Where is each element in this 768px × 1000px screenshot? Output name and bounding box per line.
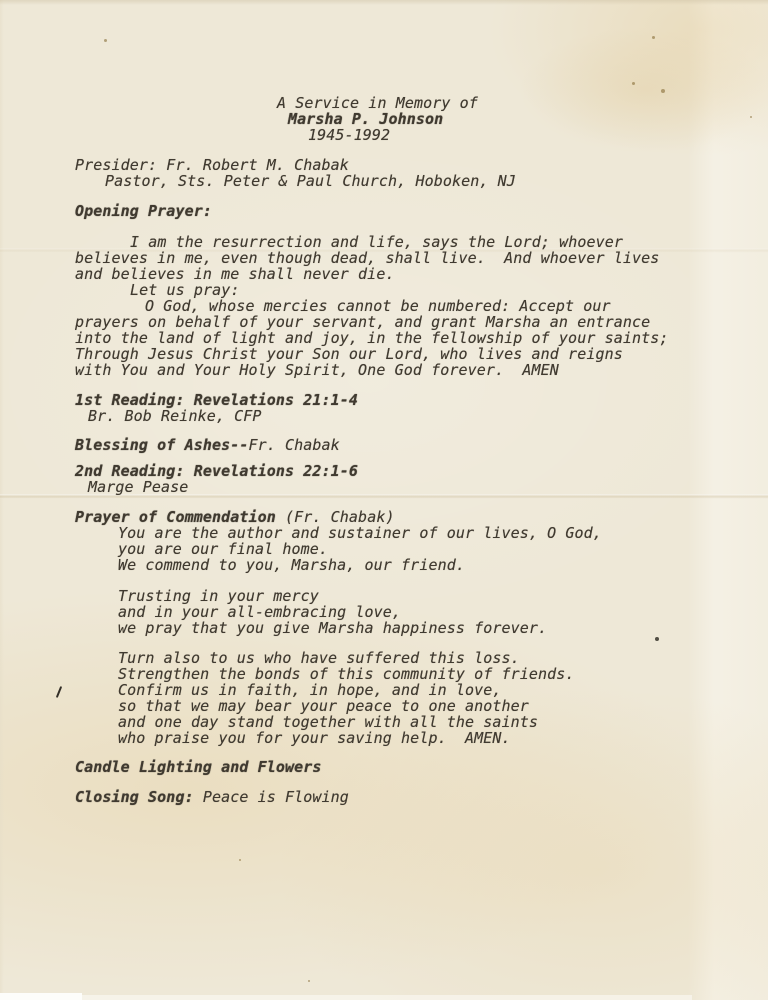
ink-dot	[655, 637, 659, 641]
doc-line: into the land of light and joy, in the f…	[75, 330, 669, 346]
doc-line: and in your all-embracing love,	[118, 604, 401, 620]
doc-line: Candle Lighting and Flowers	[75, 759, 322, 775]
doc-line: 1st Reading: Revelations 21:1-4	[75, 392, 358, 408]
pen-mark	[56, 686, 62, 698]
stain-speck	[750, 116, 752, 118]
doc-line: you are our final home.	[118, 541, 328, 557]
doc-line: believes in me, even though dead, shall …	[75, 250, 659, 266]
doc-line: prayers on behalf of your servant, and g…	[75, 314, 650, 330]
doc-line: Marge Pease	[88, 479, 188, 495]
stain-speck	[652, 36, 655, 39]
doc-line: Confirm us in faith, in hope, and in lov…	[118, 682, 502, 698]
scan-edge-faint	[82, 995, 692, 1000]
doc-line: Trusting in your mercy	[118, 588, 319, 604]
stain-speck	[661, 89, 665, 93]
doc-line: I am the resurrection and life, says the…	[130, 234, 623, 250]
doc-line: we pray that you give Marsha happiness f…	[118, 620, 547, 636]
scanned-document: A Service in Memory ofMarsha P. Johnson1…	[0, 0, 768, 1000]
doc-line: Prayer of Commendation (Fr. Chabak)	[75, 509, 395, 525]
doc-line: A Service in Memory of	[277, 95, 478, 111]
doc-line: Turn also to us who have suffered this l…	[118, 650, 520, 666]
stain-speck	[239, 859, 241, 861]
doc-line: We commend to you, Marsha, our friend.	[118, 557, 465, 573]
stain-speck	[104, 39, 107, 42]
doc-line: with You and Your Holy Spirit, One God f…	[75, 362, 559, 378]
doc-line: Closing Song: Peace is Flowing	[75, 789, 349, 805]
doc-line: 2nd Reading: Revelations 22:1-6	[75, 463, 358, 479]
doc-line: and one day stand together with all the …	[118, 714, 538, 730]
doc-line: Presider: Fr. Robert M. Chabak	[75, 157, 349, 173]
doc-line: You are the author and sustainer of our …	[118, 525, 602, 541]
doc-line: Br. Bob Reinke, CFP	[88, 408, 261, 424]
stain-speck	[632, 82, 635, 85]
doc-line: Marsha P. Johnson	[288, 111, 443, 127]
doc-line: so that we may bear your peace to one an…	[118, 698, 529, 714]
doc-line: Strengthen the bonds of this community o…	[118, 666, 575, 682]
doc-line: Blessing of Ashes--Fr. Chabak	[75, 437, 340, 453]
document-page: A Service in Memory ofMarsha P. Johnson1…	[0, 0, 768, 1000]
doc-line: Pastor, Sts. Peter & Paul Church, Hoboke…	[105, 173, 516, 189]
doc-line: Through Jesus Christ your Son our Lord, …	[75, 346, 623, 362]
doc-line: Let us pray:	[130, 282, 240, 298]
doc-line: O God, whose mercies cannot be numbered:…	[145, 298, 611, 314]
doc-line: and believes in me shall never die.	[75, 266, 395, 282]
doc-line: 1945-1992	[308, 127, 390, 143]
doc-line: who praise you for your saving help. AME…	[118, 730, 511, 746]
scan-edge-bright	[0, 993, 82, 1000]
doc-line: Opening Prayer:	[75, 203, 212, 219]
stain-speck	[308, 980, 310, 982]
